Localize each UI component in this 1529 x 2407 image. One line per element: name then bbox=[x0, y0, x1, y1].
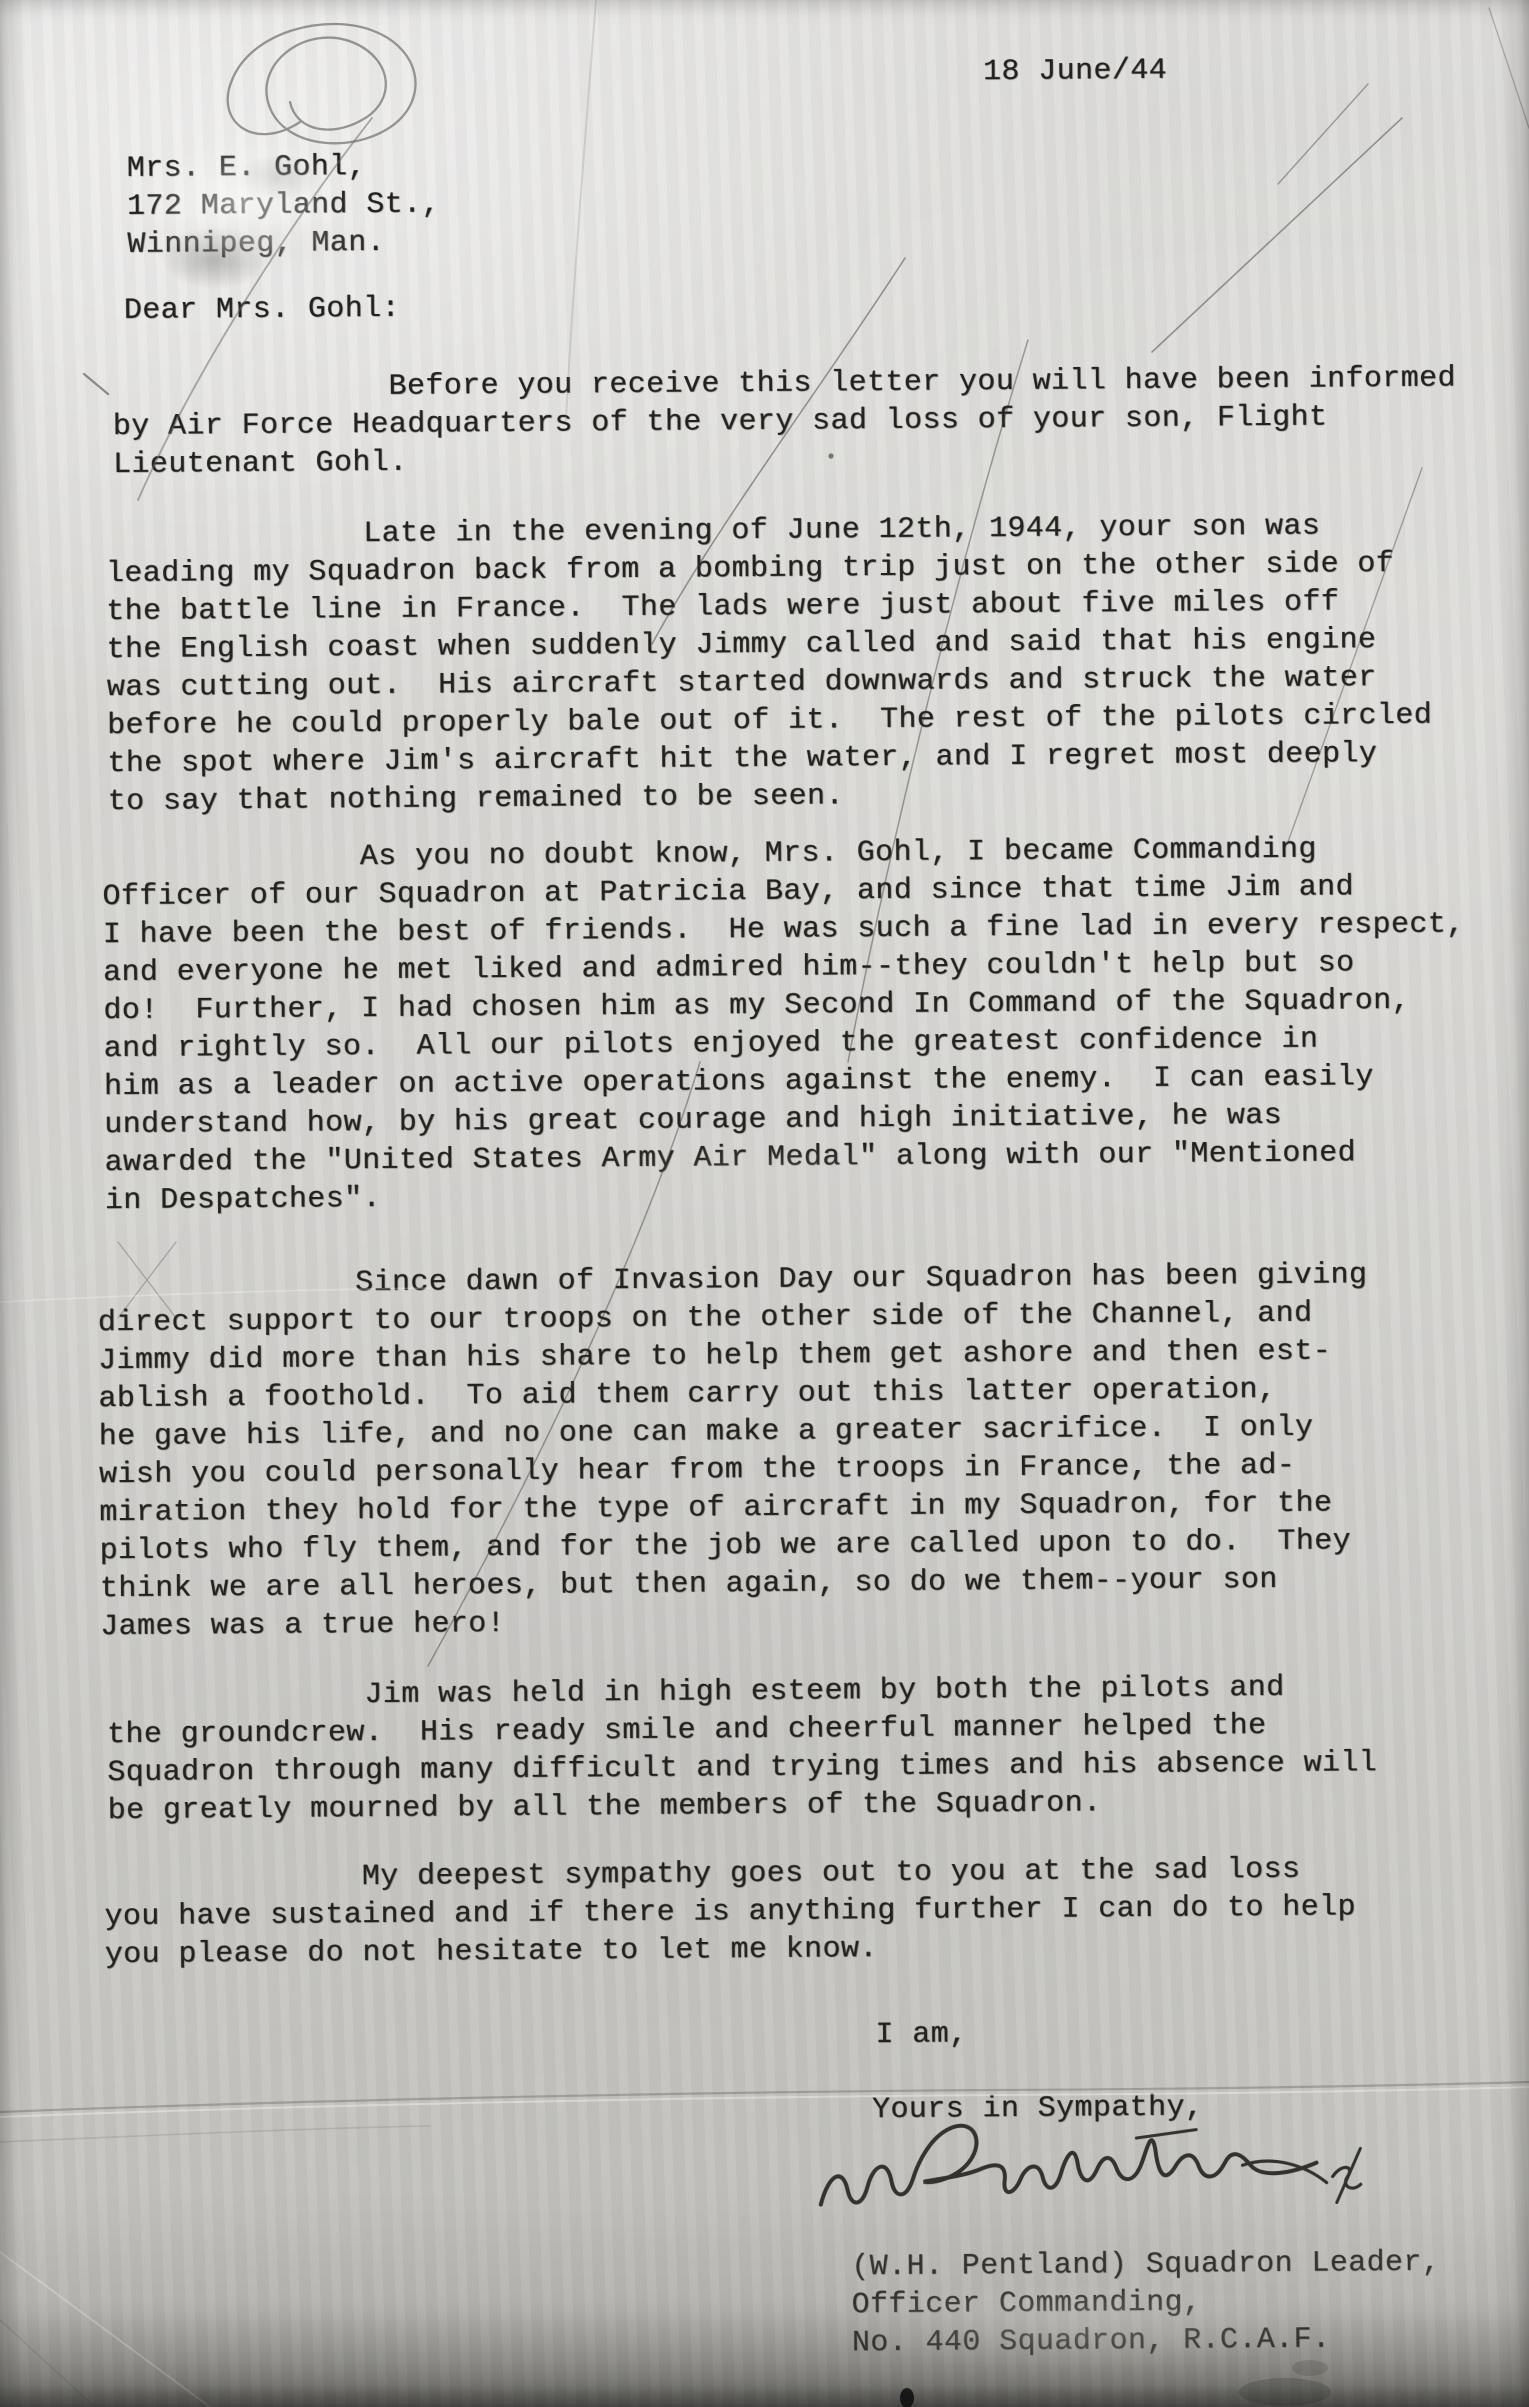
paragraph-3: As you no doubt know, Mrs. Gohl, I becam… bbox=[102, 829, 1467, 1220]
signature-t-crossbar bbox=[1136, 2130, 1196, 2138]
closing-i-am: I am, bbox=[875, 2015, 967, 2054]
paragraph-4: Since dawn of Invasion Day our Squadron … bbox=[97, 1256, 1370, 1646]
salutation: Dear Mrs. Gohl: bbox=[124, 290, 400, 330]
paragraph-6: My deepest sympathy goes out to you at t… bbox=[104, 1850, 1356, 1974]
handwritten-signature: W.H. Pentland S/L bbox=[804, 2102, 1365, 2256]
paragraph-2: Late in the evening of June 12th, 1944, … bbox=[106, 507, 1433, 821]
letter-date: 18 June/44 bbox=[983, 52, 1167, 91]
signature-sl-slash bbox=[1336, 2148, 1360, 2202]
paragraph-5: Jim was held in high esteem by both the … bbox=[107, 1668, 1378, 1830]
recipient-address: Mrs. E. Gohl, 172 Maryland St., Winnipeg… bbox=[127, 147, 441, 263]
letter-text-layer: 18 June/44 Mrs. E. Gohl, 172 Maryland St… bbox=[0, 0, 1529, 2407]
paragraph-1: Before you receive this letter you will … bbox=[112, 360, 1456, 485]
signature-block: (W.H. Pentland) Squadron Leader, Officer… bbox=[851, 2244, 1441, 2363]
letter-page: 18 June/44 Mrs. E. Gohl, 172 Maryland St… bbox=[0, 0, 1529, 2407]
